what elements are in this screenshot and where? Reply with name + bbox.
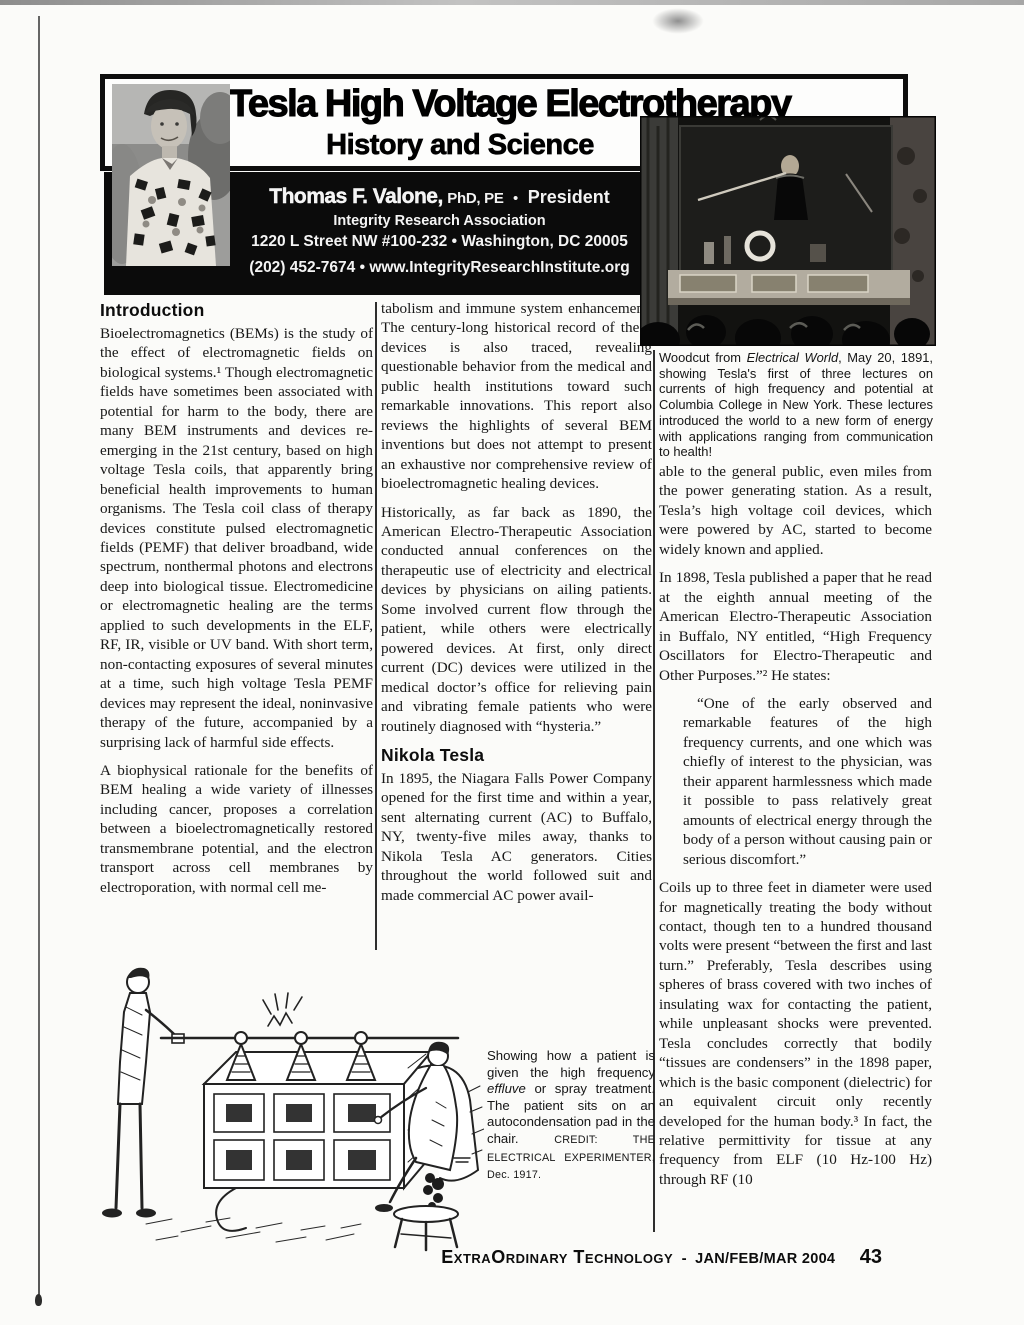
patient-treatment-illustration xyxy=(86,952,484,1252)
organization-name: Integrity Research Association xyxy=(226,213,653,229)
scan-fold-line xyxy=(38,16,40,1300)
author-name: Thomas F. Valone, xyxy=(269,185,443,208)
issue-date: JAN/FEB/MAR 2004 xyxy=(695,1251,835,1267)
article-subtitle: History and Science xyxy=(235,129,685,162)
paragraph: able to the general public, even miles f… xyxy=(659,462,932,559)
paragraph: Bioelectromagnetics (BEMs) is the study … xyxy=(100,324,373,752)
text-column-1: Introduction Bioelectromagnetics (BEMs) … xyxy=(100,298,373,906)
text-column-3: able to the general public, even miles f… xyxy=(659,462,932,1198)
organization-address: 1220 L Street NW #100-232 • Washington, … xyxy=(226,233,653,251)
tesla-lecture-photo xyxy=(640,116,936,346)
paragraph: Historically, as far back as 1890, the A… xyxy=(381,503,652,736)
author-role: President xyxy=(528,187,610,207)
scanned-page: Tesla High Voltage Electrotherapy Histor… xyxy=(0,0,1024,1325)
scan-edge-strip xyxy=(0,0,1024,5)
section-heading-introduction: Introduction xyxy=(100,300,373,321)
tesla-quote: “One of the early observed and remarkabl… xyxy=(683,694,932,869)
page-number: 43 xyxy=(860,1246,882,1268)
scan-smudge xyxy=(652,8,704,34)
caption-text: Showing how a patient is given the high … xyxy=(487,1048,655,1080)
scan-ink-mark xyxy=(35,1294,42,1306)
page-footer: ExtraOrdinary Technology - JAN/FEB/MAR 2… xyxy=(282,1246,882,1269)
tesla-photo-caption: Woodcut from Electrical World, May 20, 1… xyxy=(659,350,933,460)
illustration-caption: Showing how a patient is given the high … xyxy=(487,1048,655,1184)
author-line: Thomas F. Valone, PhD, PE • President xyxy=(226,185,653,209)
author-credentials: PhD, PE xyxy=(447,190,503,207)
paragraph: tabolism and immune system enhancement. … xyxy=(381,299,652,494)
paragraph: In 1895, the Niagara Falls Power Company… xyxy=(381,769,652,905)
author-info: Thomas F. Valone, PhD, PE • President In… xyxy=(226,172,653,295)
bullet-separator: • xyxy=(508,190,523,207)
paragraph: In 1898, Tesla published a paper that he… xyxy=(659,568,932,685)
caption-italic-title: Electrical World xyxy=(747,350,839,365)
journal-name: ExtraOrdinary Technology xyxy=(441,1247,673,1267)
paragraph: Coils up to three feet in diameter were … xyxy=(659,878,932,1189)
text-column-2: tabolism and immune system enhancement. … xyxy=(381,299,652,914)
organization-contact: (202) 452-7674 • www.IntegrityResearchIn… xyxy=(226,259,653,277)
column-rule xyxy=(375,302,377,950)
paragraph: A biophysical rationale for the benefits… xyxy=(100,761,373,897)
footer-separator: - xyxy=(678,1250,691,1267)
caption-text: Woodcut from xyxy=(659,350,747,365)
caption-italic-term: effluve xyxy=(487,1081,526,1096)
author-portrait-photo xyxy=(112,84,230,266)
section-heading-nikola-tesla: Nikola Tesla xyxy=(381,745,652,766)
caption-text: , May 20, 1891, showing Tesla's first of… xyxy=(659,350,933,459)
